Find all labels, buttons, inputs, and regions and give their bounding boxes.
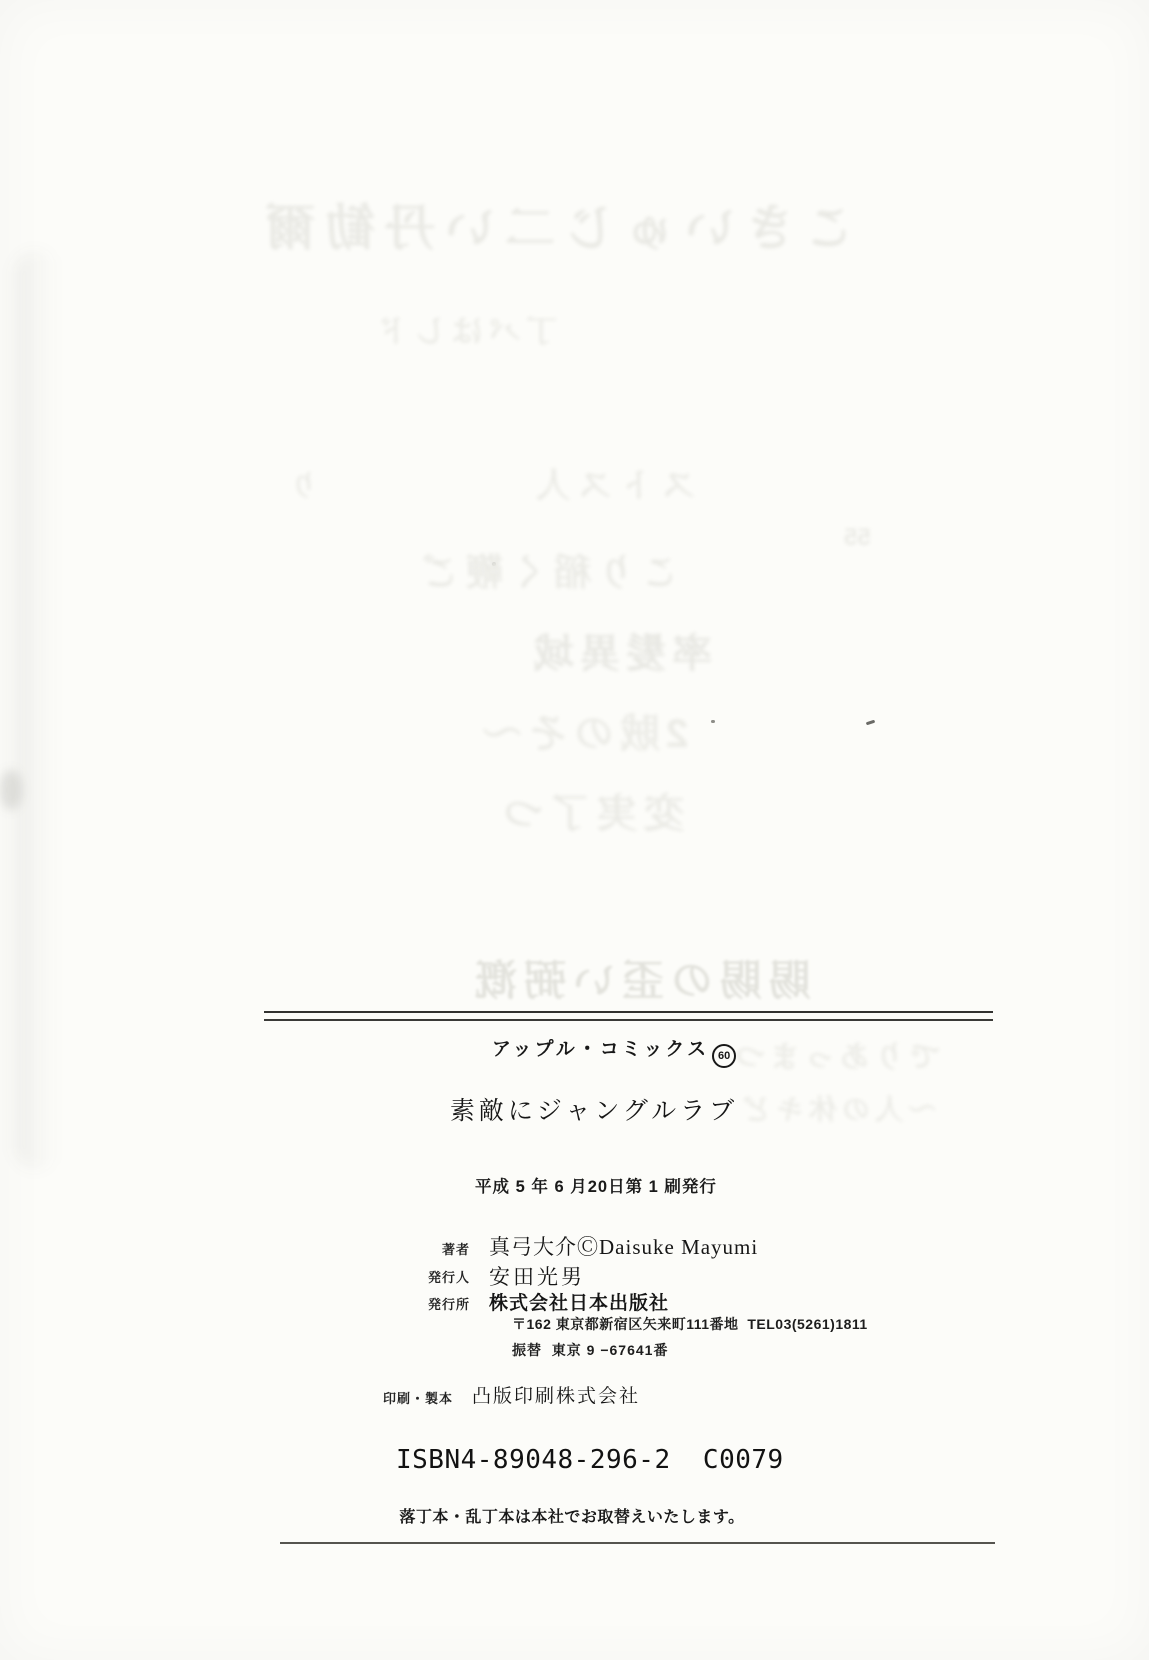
book-title: 素敵にジャングルラブ [230, 1091, 958, 1127]
scan-speck [866, 720, 875, 726]
scan-speck [711, 720, 715, 723]
publisher-person-label: 発行人 [388, 1267, 470, 1286]
scan-edge-smudge [14, 250, 60, 1170]
publisher-person-name: 安田光男 [489, 1261, 585, 1291]
publishing-house-name: 株式会社日本出版社 [489, 1288, 669, 1315]
bleed-through-text: 55 [844, 524, 871, 552]
author-label: 著者 [388, 1239, 470, 1258]
publisher-address: 〒162 東京都新宿区矢来町111番地 TEL03(5261)1811 [512, 1314, 868, 1334]
replacement-notice: 落丁本・乱丁本は本社でお取替えいたします。 [262, 1504, 882, 1527]
bleed-through-text: 変実了つ [496, 782, 684, 839]
publishing-house-label: 発行所 [388, 1294, 470, 1313]
postal-transfer-account: 振替 東京 9 −67641番 [512, 1340, 668, 1360]
bleed-through-text: こり稲く鞭ご [415, 542, 679, 596]
series-number-badge: 60 [712, 1044, 736, 1068]
series-name: アップル・コミックス60 [264, 1034, 964, 1068]
edition-date-line: 平成 5 年 6 月20日第 1 刷発行 [232, 1173, 960, 1197]
isbn-code: ISBN4-89048-296-2 C0079 [396, 1445, 784, 1475]
bottom-rule-divider [280, 1542, 995, 1544]
printing-label: 印刷・製本 [371, 1388, 453, 1407]
bleed-through-text: 2賊のそ〜 [476, 702, 688, 759]
bleed-through-text: こきいゅじ二い丹勧爾 [255, 188, 855, 260]
bleed-through-text: り [290, 464, 318, 504]
bleed-through-text: 賜賜の歪い弼漑 [468, 948, 811, 1008]
scanned-colophon-page: こきいゅじ二い丹勧爾 丁パはしド ストス人 こり稲く鞭ご 率髪異域 2賊のそ〜 … [0, 0, 1149, 1660]
bleed-through-text: 率髪異域 [528, 622, 712, 679]
scan-edge-blob [0, 770, 22, 810]
bleed-through-text: 丁パはしド [372, 306, 557, 351]
bleed-through-text: ストス人 [528, 458, 696, 507]
double-rule-divider [264, 1011, 993, 1021]
series-label: アップル・コミックス [492, 1039, 709, 1060]
author-name: 真弓大介ⒸDaisuke Mayumi [489, 1231, 758, 1261]
printing-company: 凸版印刷株式会社 [472, 1381, 640, 1408]
